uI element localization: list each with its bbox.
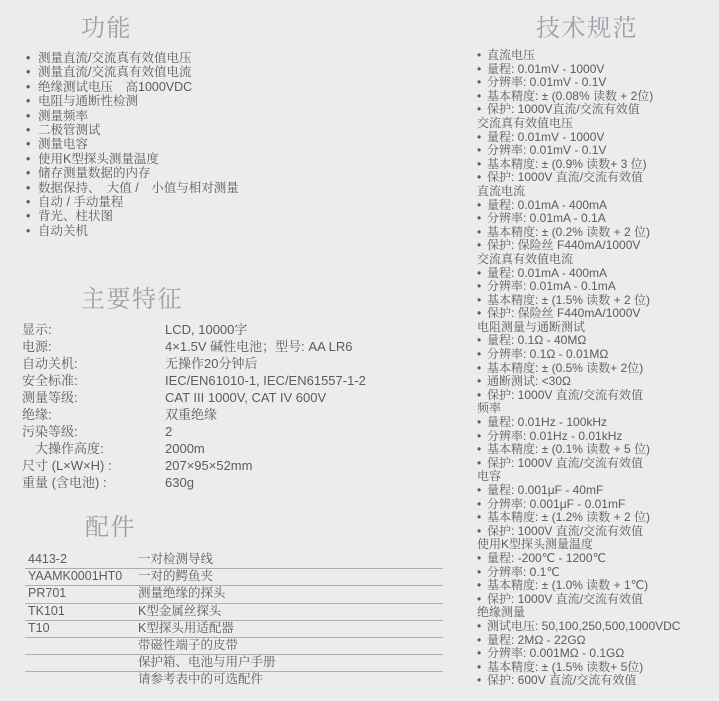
spec-item: 保护: 保险丝 F440mA/1000V [477,239,719,253]
features-table: 显示:LCD, 10000字电源:4×1.5V 碱性电池；型号: AA LR6自… [22,321,366,491]
spec-sheet-page: 功能 测量直流/交流真有效值电压测量直流/交流真有效值电流绝缘测试电压 高100… [0,0,719,701]
spec-item: 基本精度: ± (1.0% 读数 + 1℃) [477,579,719,593]
spec-item: 基本精度: ± (0.1% 读数 + 5 位) [477,443,719,457]
accessory-code: T10 [28,621,138,637]
accessory-row: 请参考表中的可选配件 [25,672,443,688]
function-list-item: 数据保持、 大值 / 小值与相对测量 [26,181,239,195]
accessory-description: 保护箱、电池与用户手册 [138,655,443,671]
spec-item: 分辨率: 0.01mV - 0.1V [477,76,719,90]
function-list-item: 测量电容 [26,137,239,151]
function-list-item: 测量频率 [26,109,239,123]
spec-item: 保护: 1000V 直流/交流有效值 [477,593,719,607]
function-list-item: 二极管测试 [26,123,239,137]
accessory-description: K型探头用适配器 [138,621,443,637]
spec-item: 保护: 1000V 直流/交流有效值 [477,525,719,539]
feature-label: 尺寸 (L×W×H) : [22,457,165,474]
accessory-row: YAAMK0001HT0一对的鳄鱼夹 [25,569,443,586]
accessory-description: 测量绝缘的探头 [138,586,443,602]
functions-list: 测量直流/交流真有效值电压测量直流/交流真有效值电流绝缘测试电压 高1000VD… [26,51,239,238]
spec-group-heading: 电容 [477,470,719,484]
feature-value: 2 [165,423,366,440]
feature-value: LCD, 10000字 [165,321,366,338]
feature-value: 无操作20分钟后 [165,355,366,372]
spec-item: 保护: 1000V 直流/交流有效值 [477,171,719,185]
spec-group-heading: 直流电压 [477,49,719,63]
accessory-description: 请参考表中的可选配件 [138,672,443,688]
specs-section-title: 技术规范 [536,8,638,43]
accessory-code: TK101 [28,604,138,620]
spec-item: 通断测试: <30Ω [477,375,719,389]
accessory-row: 保护箱、电池与用户手册 [25,655,443,672]
spec-group-heading: 频率 [477,402,719,416]
feature-value: IEC/EN61010-1, IEC/EN61557-1-2 [165,372,366,389]
spec-group-heading: 直流电流 [477,185,719,199]
function-list-item: 使用K型探头测量温度 [26,152,239,166]
feature-row: 绝缘:双重绝缘 [22,406,366,423]
feature-row: 显示:LCD, 10000字 [22,321,366,338]
accessory-description: 一对检测导线 [138,552,443,568]
accessories-table: 4413-2一对检测导线YAAMK0001HT0一对的鳄鱼夹PR701测量绝缘的… [25,552,443,689]
feature-row: 大操作高度:2000m [22,440,366,457]
accessories-section-title: 配件 [85,507,136,542]
accessory-code: PR701 [28,586,138,602]
feature-value: 双重绝缘 [165,406,366,423]
feature-label: 绝缘: [22,406,165,423]
feature-label: 显示: [22,321,165,338]
function-list-item: 测量直流/交流真有效值电流 [26,65,239,79]
feature-label: 重量 (含电池) : [22,474,165,491]
spec-item: 量程: 0.01Hz - 100kHz [477,416,719,430]
spec-item: 分辨率: 0.01mA - 0.1mA [477,280,719,294]
spec-group-heading: 交流真有效值电流 [477,253,719,267]
spec-group-heading: 电阻测量与通断测试 [477,321,719,335]
accessory-row: 4413-2一对检测导线 [25,552,443,569]
function-list-item: 背光、柱状图 [26,209,239,223]
function-list-item: 绝缘测试电压 高1000VDC [26,80,239,94]
feature-label: 自动关机: [22,355,165,372]
spec-item: 分辨率: 0.1Ω - 0.01MΩ [477,348,719,362]
feature-row: 电源:4×1.5V 碱性电池；型号: AA LR6 [22,338,366,355]
accessory-code [28,638,138,654]
feature-row: 安全标准:IEC/EN61010-1, IEC/EN61557-1-2 [22,372,366,389]
spec-item: 分辨率: 0.01mA - 0.1A [477,212,719,226]
accessory-description: 带磁性端子的皮带 [138,638,443,654]
accessory-code [28,672,138,688]
accessory-description: 一对的鳄鱼夹 [138,569,443,585]
accessory-code: 4413-2 [28,552,138,568]
spec-item: 分辨率: 0.01mV - 0.1V [477,144,719,158]
feature-row: 自动关机:无操作20分钟后 [22,355,366,372]
feature-row: 测量等级:CAT III 1000V, CAT IV 600V [22,389,366,406]
spec-group-heading: 绝缘测量 [477,606,719,620]
feature-label: 污染等级: [22,423,165,440]
function-list-item: 自动关机 [26,224,239,238]
accessory-code [28,655,138,671]
accessory-code: YAAMK0001HT0 [28,569,138,585]
feature-row: 污染等级:2 [22,423,366,440]
feature-value: CAT III 1000V, CAT IV 600V [165,389,366,406]
functions-section-title: 功能 [81,8,132,43]
accessory-row: 带磁性端子的皮带 [25,638,443,655]
spec-item: 量程: 0.001μF - 40mF [477,484,719,498]
specs-list: 直流电压量程: 0.01mV - 1000V分辨率: 0.01mV - 0.1V… [477,49,719,688]
accessory-description: K型金属丝探头 [138,604,443,620]
feature-value: 630g [165,474,366,491]
feature-label: 安全标准: [22,372,165,389]
accessory-row: T10K型探头用适配器 [25,621,443,638]
feature-row: 尺寸 (L×W×H) :207×95×52mm [22,457,366,474]
accessory-row: TK101K型金属丝探头 [25,604,443,621]
spec-group-heading: 使用K型探头测量温度 [477,538,719,552]
feature-value: 4×1.5V 碱性电池；型号: AA LR6 [165,338,366,355]
feature-value: 2000m [165,440,366,457]
spec-item: 保护: 1000V直流/交流有效值 [477,103,719,117]
spec-group-heading: 交流真有效值电压 [477,117,719,131]
feature-label: 电源: [22,338,165,355]
spec-item: 保护: 1000V 直流/交流有效值 [477,457,719,471]
spec-item: 量程: -200℃ - 1200℃ [477,552,719,566]
spec-item: 测试电压: 50,100,250,500,1000VDC [477,620,719,634]
spec-item: 保护: 600V 直流/交流有效值 [477,674,719,688]
function-list-item: 电阻与通断性检测 [26,94,239,108]
feature-label: 大操作高度: [22,440,165,457]
function-list-item: 自动 / 手动量程 [26,195,239,209]
feature-label: 测量等级: [22,389,165,406]
spec-item: 基本精度: ± (1.2% 读数 + 2 位) [477,511,719,525]
accessory-row: PR701测量绝缘的探头 [25,586,443,603]
features-section-title: 主要特征 [81,279,183,314]
feature-row: 重量 (含电池) :630g [22,474,366,491]
spec-item: 保护: 1000V 直流/交流有效值 [477,389,719,403]
spec-item: 分辨率: 0.001MΩ - 0.1GΩ [477,647,719,661]
feature-value: 207×95×52mm [165,457,366,474]
spec-item: 保护: 保险丝 F440mA/1000V [477,307,719,321]
function-list-item: 测量直流/交流真有效值电压 [26,51,239,65]
function-list-item: 储存测量数据的内存 [26,166,239,180]
